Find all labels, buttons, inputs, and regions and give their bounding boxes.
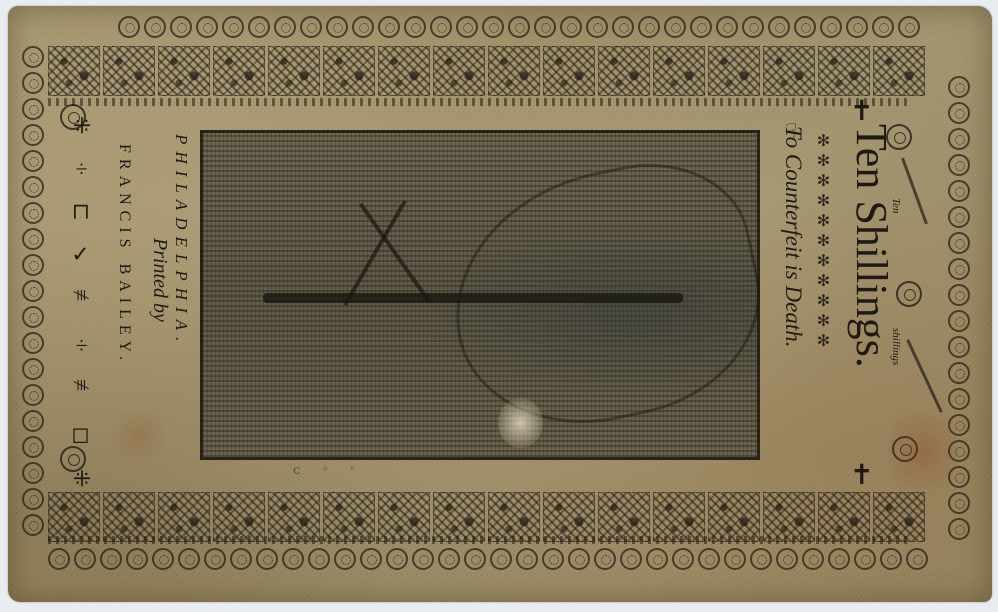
ornamental-tile-icon — [873, 46, 925, 96]
ornamental-tile-icon — [653, 46, 705, 96]
rosette-icon — [948, 102, 970, 124]
rosette-icon — [828, 548, 850, 570]
rosette-icon — [750, 548, 772, 570]
ornamental-tile-icon — [708, 492, 760, 542]
bottom-ornamental-band — [48, 492, 925, 542]
rosette-icon — [464, 548, 486, 570]
rose-icon — [896, 281, 922, 307]
rosette-icon — [22, 306, 44, 328]
rosette-icon — [144, 16, 166, 38]
rosette-icon — [22, 202, 44, 224]
top-ornamental-band — [48, 46, 925, 96]
stain — [108, 406, 168, 466]
ornamental-tile-icon — [323, 492, 375, 542]
rosette-icon — [48, 548, 70, 570]
stain — [888, 396, 958, 506]
rosette-icon — [594, 548, 616, 570]
rosette-icon — [776, 548, 798, 570]
rosette-icon — [222, 16, 244, 38]
rosette-icon — [22, 124, 44, 146]
rosette-icon — [22, 254, 44, 276]
ornamental-tile-icon — [818, 492, 870, 542]
rosette-icon — [300, 16, 322, 38]
rosette-icon — [898, 16, 920, 38]
bottom-vine-strip — [48, 536, 908, 544]
ornamental-tile-icon — [598, 46, 650, 96]
printer-name: FRANCIS BAILEY. — [115, 144, 133, 366]
scroll-ornament-icon — [60, 446, 86, 472]
rosette-icon — [560, 16, 582, 38]
rosette-icon — [948, 388, 970, 410]
cipher-marks: ⁜ ÷ ⊏ ✓ ≢ ÷ ≢ ◻ ⁜ — [68, 116, 94, 495]
rosette-icon — [846, 16, 868, 38]
rosette-icon — [118, 16, 140, 38]
rosette-icon — [490, 548, 512, 570]
rosette-icon — [170, 16, 192, 38]
rosette-icon — [906, 548, 928, 570]
rosette-icon — [74, 548, 96, 570]
rosette-icon — [948, 362, 970, 384]
rosette-icon — [948, 492, 970, 514]
ornamental-tile-icon — [598, 492, 650, 542]
ornamental-tile-icon — [488, 46, 540, 96]
top-vine-strip — [48, 98, 908, 106]
ornamental-tile-icon — [433, 492, 485, 542]
sprig-icon — [901, 158, 928, 225]
rosette-icon — [378, 16, 400, 38]
rosette-icon — [22, 176, 44, 198]
rosette-icon — [948, 76, 970, 98]
rosette-icon — [716, 16, 738, 38]
rosette-icon — [794, 16, 816, 38]
city-name: PHILADELPHIA. — [171, 134, 191, 348]
ornamental-tile-icon — [268, 46, 320, 96]
rosette-icon — [948, 310, 970, 332]
rosette-icon — [352, 16, 374, 38]
rose-icon — [886, 124, 912, 150]
rosette-icon — [22, 228, 44, 250]
worn-spot — [498, 398, 543, 448]
rosette-icon — [22, 462, 44, 484]
rosette-icon — [948, 232, 970, 254]
rosette-icon — [872, 16, 894, 38]
rosette-icon — [586, 16, 608, 38]
rosette-icon — [430, 16, 452, 38]
rosette-icon — [326, 16, 348, 38]
cross-icon: ✝ — [850, 94, 873, 128]
ornamental-tile-icon — [378, 46, 430, 96]
counterfeit-warning: To Counterfeit is Death. — [780, 126, 806, 348]
rosette-icon — [230, 548, 252, 570]
rosette-icon — [22, 280, 44, 302]
rosette-icon — [100, 548, 122, 570]
small-shillings-label: shillings — [890, 328, 902, 365]
rosette-icon — [274, 16, 296, 38]
rosette-icon — [22, 514, 44, 536]
rosette-icon — [482, 16, 504, 38]
rosette-icon — [22, 410, 44, 432]
rosette-icon — [948, 518, 970, 540]
rosette-icon — [334, 548, 356, 570]
rosette-icon — [22, 332, 44, 354]
rosette-icon — [22, 72, 44, 94]
ornamental-tile-icon — [213, 46, 265, 96]
rosette-icon — [620, 548, 642, 570]
rosette-icon — [768, 16, 790, 38]
rosette-icon — [22, 436, 44, 458]
rosette-icon — [360, 548, 382, 570]
rosette-icon — [698, 548, 720, 570]
left-rosette-border — [22, 46, 44, 536]
rosette-icon — [456, 16, 478, 38]
rosette-icon — [948, 180, 970, 202]
ornamental-tile-icon — [653, 492, 705, 542]
rosette-icon — [948, 284, 970, 306]
rosette-icon — [802, 548, 824, 570]
ornamental-tile-icon — [158, 492, 210, 542]
rosette-icon — [22, 384, 44, 406]
top-rosette-border — [118, 16, 920, 38]
ornamental-tile-icon — [378, 492, 430, 542]
rosette-icon — [820, 16, 842, 38]
printed-by-label: Printed by — [148, 238, 171, 322]
ornamental-tile-icon — [543, 492, 595, 542]
ornamental-tile-icon — [763, 46, 815, 96]
rosette-icon — [248, 16, 270, 38]
rosette-icon — [204, 548, 226, 570]
leaf-woodcut-image — [200, 130, 760, 460]
rosette-icon — [948, 336, 970, 358]
ornamental-tile-icon — [213, 492, 265, 542]
ornamental-tile-icon — [158, 46, 210, 96]
ornamental-tile-icon — [268, 492, 320, 542]
ornamental-tile-icon — [818, 46, 870, 96]
rosette-icon — [178, 548, 200, 570]
rosette-icon — [742, 16, 764, 38]
rosette-icon — [22, 358, 44, 380]
ornamental-tile-icon — [763, 492, 815, 542]
rosette-icon — [516, 548, 538, 570]
ornamental-tile-icon — [708, 46, 760, 96]
rosette-icon — [542, 548, 564, 570]
rosette-icon — [948, 128, 970, 150]
rosette-icon — [438, 548, 460, 570]
rosette-icon — [612, 16, 634, 38]
ornamental-tile-icon — [488, 492, 540, 542]
rosette-icon — [22, 98, 44, 120]
rosette-icon — [256, 548, 278, 570]
rosette-icon — [196, 16, 218, 38]
rosette-icon — [404, 16, 426, 38]
rosette-icon — [508, 16, 530, 38]
banknote: ⅽ ᵒ ᵒ PHILADELPHIA. Printed by FRANCIS B… — [8, 6, 992, 602]
rosette-icon — [22, 150, 44, 172]
leaf-stem — [263, 293, 683, 303]
rosette-icon — [568, 548, 590, 570]
small-ten-label: Ten — [890, 198, 902, 214]
rosette-icon — [22, 488, 44, 510]
ornamental-tile-icon — [323, 46, 375, 96]
faint-marks: ⅽ ᵒ ᵒ — [293, 462, 364, 478]
rosette-icon — [664, 16, 686, 38]
rosette-icon — [690, 16, 712, 38]
cross-icon: ✝ — [850, 458, 873, 492]
rosette-icon — [308, 548, 330, 570]
ornamental-tile-icon — [543, 46, 595, 96]
rosette-icon — [948, 154, 970, 176]
ornamental-tile-icon — [103, 492, 155, 542]
rosette-icon — [412, 548, 434, 570]
rosette-icon — [948, 206, 970, 228]
rosette-icon — [724, 548, 746, 570]
rosette-icon — [854, 548, 876, 570]
rosette-icon — [672, 548, 694, 570]
bottom-rosette-border — [48, 548, 928, 570]
rosette-icon — [638, 16, 660, 38]
rosette-icon — [282, 548, 304, 570]
rosette-icon — [386, 548, 408, 570]
ornamental-tile-icon — [48, 46, 100, 96]
rosette-icon — [646, 548, 668, 570]
star-divider: ✻✻✻✻✻✻✻✻✻✻✻ — [813, 131, 832, 351]
rosette-icon — [948, 258, 970, 280]
rosette-icon — [22, 46, 44, 68]
rosette-icon — [534, 16, 556, 38]
rosette-icon — [152, 548, 174, 570]
scroll-ornament-icon — [60, 104, 86, 130]
ornamental-tile-icon — [433, 46, 485, 96]
rosette-icon — [880, 548, 902, 570]
ornamental-tile-icon — [103, 46, 155, 96]
rosette-icon — [126, 548, 148, 570]
ornamental-tile-icon — [48, 492, 100, 542]
